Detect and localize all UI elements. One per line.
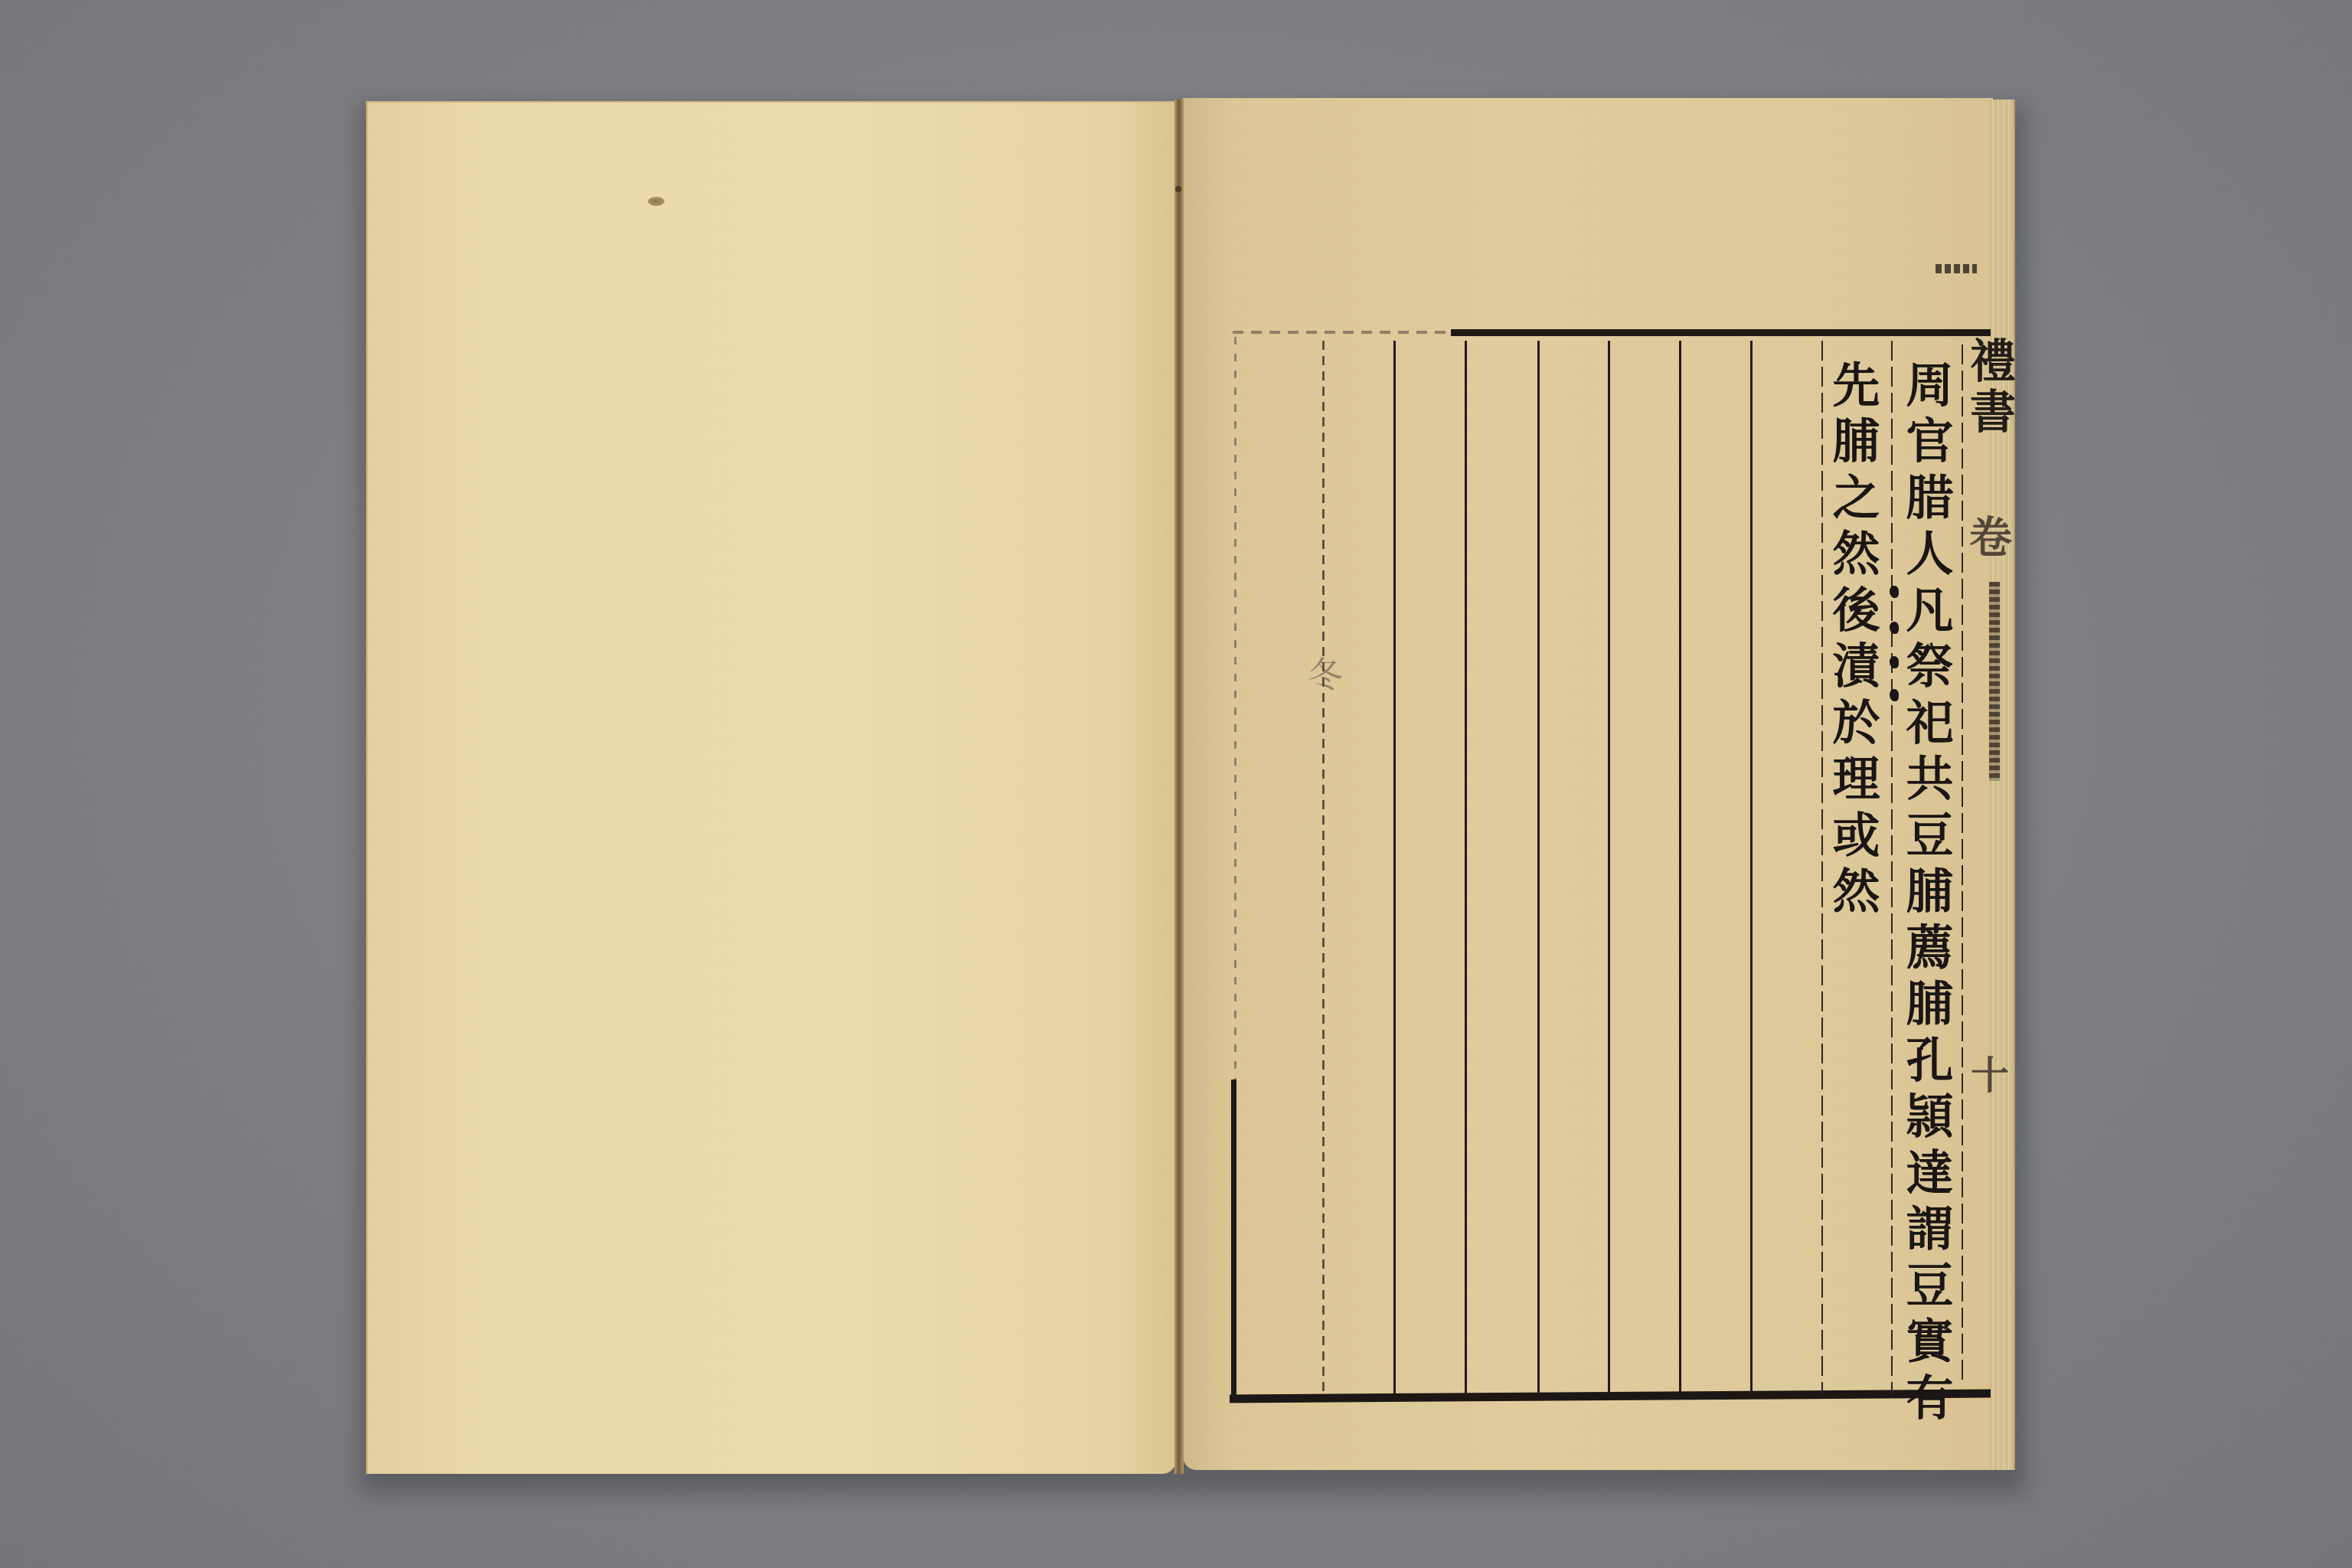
frame-left-rule-faint (1234, 337, 1236, 1080)
column-rule (1821, 341, 1823, 1393)
photo-background: 冬 周官腊人凡祭祀共豆脯薦脯孔頴達謂豆實有 先脯之然後漬於理或然 禮書 卷 十 (0, 0, 2352, 1568)
fishtail-mark (1935, 264, 1977, 273)
column-rule (1891, 341, 1893, 1393)
block-heart-juan: 卷 (1966, 514, 2009, 557)
frame-top-rule (1451, 329, 1991, 336)
column-rule (1679, 341, 1681, 1393)
column-rule (1750, 341, 1753, 1393)
block-heart-page-number: 十 (1968, 1055, 2006, 1093)
ink-blot (1989, 582, 2000, 781)
frame-top-rule-faint (1233, 331, 1451, 334)
paper-stain (648, 197, 665, 206)
punctuation-mark (1890, 689, 1899, 701)
column-rule (1465, 341, 1467, 1393)
binding-thread-hole (1175, 186, 1181, 192)
text-column-1: 周官腊人凡祭祀共豆脯薦脯孔頴達謂豆實有 (1902, 360, 1949, 1429)
left-page-blank (366, 101, 1176, 1474)
punctuation-mark (1890, 622, 1899, 634)
column-rule (1537, 341, 1540, 1393)
punctuation-mark (1890, 656, 1899, 668)
frame-left-rule (1231, 1080, 1236, 1401)
punctuation-mark (1890, 586, 1899, 598)
block-heart-title: 禮書 (1966, 337, 2012, 438)
column-rule (1608, 341, 1610, 1393)
column-rule (1322, 341, 1325, 1393)
block-heart-rule (1962, 345, 1963, 1386)
text-column-2: 先脯之然後漬於理或然 (1828, 360, 1876, 923)
faint-glyph: 冬 (1298, 656, 1348, 691)
book-gutter (1174, 100, 1184, 1474)
page-stack-fore-edge (1989, 100, 2015, 1470)
column-rule (1393, 341, 1396, 1393)
